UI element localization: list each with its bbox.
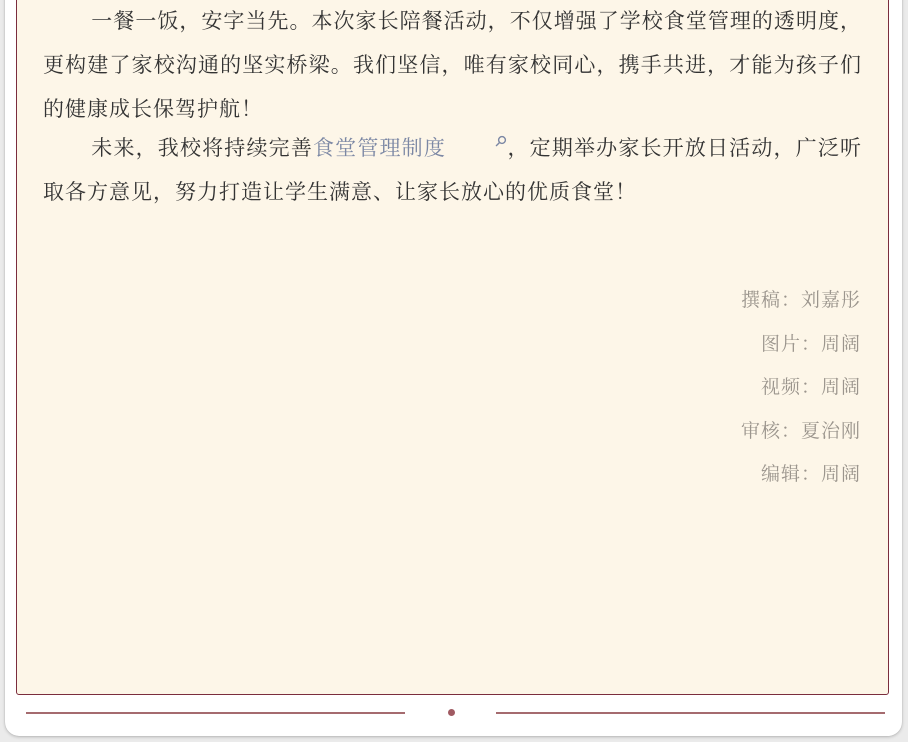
credits-block: 撰稿：刘嘉彤 图片：周阔 视频：周阔 审核：夏治刚 编辑：周阔: [741, 279, 861, 497]
search-icon[interactable]: [447, 135, 507, 147]
canteen-policy-link-label: 食堂管理制度: [313, 136, 446, 160]
article-card: 一餐一饭，安字当先。本次家长陪餐活动，不仅增强了学校食堂管理的透明度，更构建了家…: [5, 0, 902, 736]
credit-line-review: 审核：夏治刚: [741, 410, 861, 454]
paragraph-conclusion: 一餐一饭，安字当先。本次家长陪餐活动，不仅增强了学校食堂管理的透明度，更构建了家…: [43, 0, 862, 131]
page-background: 一餐一饭，安字当先。本次家长陪餐活动，不仅增强了学校食堂管理的透明度，更构建了家…: [0, 0, 908, 742]
divider-line-left: [26, 712, 405, 714]
credit-line-video: 视频：周阔: [741, 366, 861, 410]
credit-line-writer: 撰稿：刘嘉彤: [741, 279, 861, 323]
credit-line-photos: 图片：周阔: [741, 323, 861, 367]
divider-dot: [448, 709, 455, 716]
canteen-policy-link[interactable]: 食堂管理制度: [313, 136, 507, 160]
article-content-box: 一餐一饭，安字当先。本次家长陪餐活动，不仅增强了学校食堂管理的透明度，更构建了家…: [16, 0, 889, 695]
paragraph-future: 未来，我校将持续完善食堂管理制度 ，定期举办家长开放日活动，广泛听取各方意见，努…: [43, 126, 862, 214]
footer-divider: [5, 711, 902, 721]
paragraph-text-before-link: 未来，我校将持续完善: [91, 136, 313, 160]
article-body: 一餐一饭，安字当先。本次家长陪餐活动，不仅增强了学校食堂管理的透明度，更构建了家…: [17, 0, 888, 214]
credit-line-editor: 编辑：周阔: [741, 453, 861, 497]
divider-line-right: [496, 712, 885, 714]
